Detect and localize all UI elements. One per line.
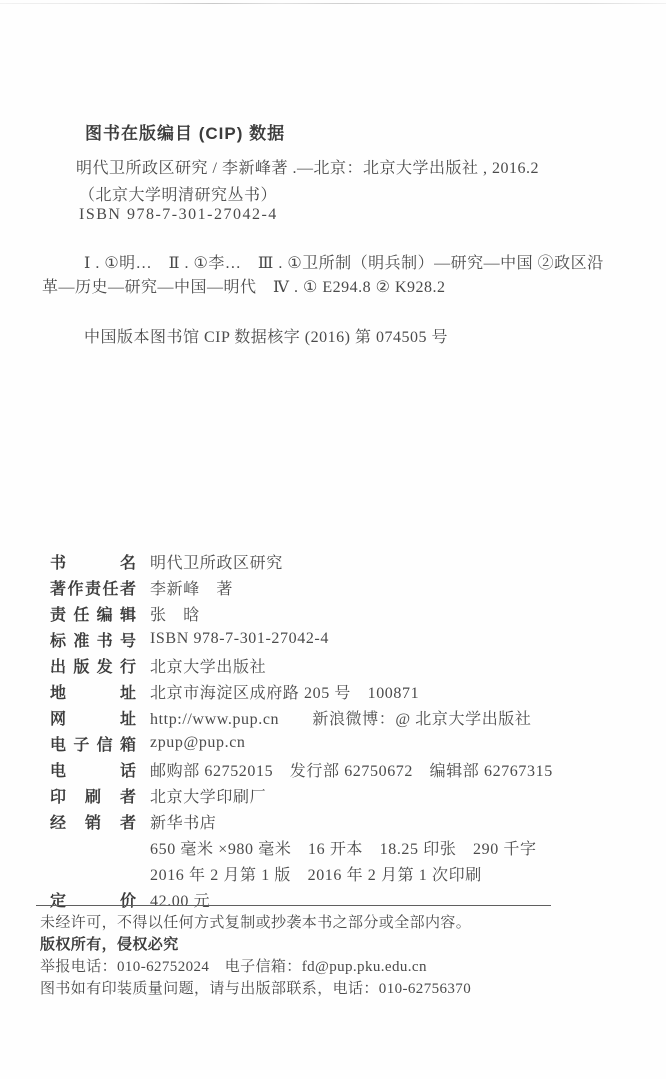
colophon-row-label: 著作责任者 xyxy=(50,576,136,599)
divider-rule xyxy=(36,905,551,906)
colophon-row-value: 明代卫所政区研究 xyxy=(150,550,283,573)
colophon-row-value: http://www.pup.cn 新浪微博：@ 北京大学出版社 xyxy=(150,706,532,729)
colophon-row-label: 地址 xyxy=(50,680,136,703)
colophon-row-author: 著作责任者 李新峰 著 xyxy=(0,574,666,600)
colophon-row-address: 地址 北京市海淀区成府路 205 号 100871 xyxy=(0,678,666,704)
colophon-row-isbn: 标准书号 ISBN 978-7-301-27042-4 xyxy=(0,626,666,652)
footer-quality-line: 图书如有印装质量问题，请与出版部联系，电话：010-62756370 xyxy=(40,978,640,1000)
colophon-row-editor: 责任编辑 张 晗 xyxy=(0,600,666,626)
colophon-row-publisher: 出版发行 北京大学出版社 xyxy=(0,652,666,678)
colophon-row-value: 北京大学出版社 xyxy=(150,654,266,677)
colophon-row-value: 2016 年 2 月第 1 版 2016 年 2 月第 1 次印刷 xyxy=(150,862,482,885)
colophon-row-value: 650 毫米 ×980 毫米 16 开本 18.25 印张 290 千字 xyxy=(150,836,537,859)
colophon-row-price: 定价 42.00 元 xyxy=(0,886,666,912)
cip-record-line: 中国版本图书馆 CIP 数据核字 (2016) 第 074505 号 xyxy=(84,324,448,347)
cip-header: 图书在版编目 (CIP) 数据 xyxy=(85,119,285,144)
colophon-row-value: 李新峰 著 xyxy=(150,576,233,599)
colophon-row-website: 网址 http://www.pup.cn 新浪微博：@ 北京大学出版社 xyxy=(0,704,666,730)
colophon-row-label: 网址 xyxy=(50,706,136,729)
colophon-row-value: 42.00 元 xyxy=(150,888,210,911)
colophon-row-label: 责任编辑 xyxy=(50,602,136,625)
colophon-row-book-title: 书名 明代卫所政区研究 xyxy=(0,548,666,574)
cip-isbn-line: ISBN 978-7-301-27042-4 xyxy=(79,206,278,224)
colophon-row-label: 书名 xyxy=(50,550,136,573)
footer-report-line: 举报电话：010-62752024 电子信箱：fd@pup.pku.edu.cn xyxy=(40,956,640,978)
copyright-page: 图书在版编目 (CIP) 数据 明代卫所政区研究 / 李新峰著 .—北京：北京大… xyxy=(0,0,666,1079)
colophon-row-printer: 印刷者 北京大学印刷厂 xyxy=(0,782,666,808)
colophon-row-label: 标准书号 xyxy=(50,628,136,651)
colophon-row-label: 印刷者 xyxy=(50,784,136,807)
colophon-row-label: 出版发行 xyxy=(50,654,136,677)
colophon-row-label: 定价 xyxy=(50,888,136,911)
colophon-row-value: ISBN 978-7-301-27042-4 xyxy=(150,630,329,648)
colophon-row-value: 北京大学印刷厂 xyxy=(150,784,266,807)
scan-edge-artifact xyxy=(0,3,666,4)
colophon-table: 书名 明代卫所政区研究 著作责任者 李新峰 著 责任编辑 张 晗 标准书号 IS… xyxy=(0,548,666,912)
cip-classification-line-2: 革—历史—研究—中国—明代 Ⅳ . ① E294.8 ② K928.2 xyxy=(42,274,446,297)
colophon-row-format: 650 毫米 ×980 毫米 16 开本 18.25 印张 290 千字 xyxy=(0,834,666,860)
footer-notice: 未经许可，不得以任何方式复制或抄袭本书之部分或全部内容。 xyxy=(40,912,640,934)
cip-series-line: （北京大学明清研究丛书） xyxy=(79,182,277,205)
colophon-row-phone: 电话 邮购部 62752015 发行部 62750672 编辑部 6276731… xyxy=(0,756,666,782)
colophon-row-label: 经销者 xyxy=(50,810,136,833)
colophon-row-edition: 2016 年 2 月第 1 版 2016 年 2 月第 1 次印刷 xyxy=(0,860,666,886)
colophon-row-value: 新华书店 xyxy=(150,810,216,833)
cip-classification-line-1: Ⅰ . ①明… Ⅱ . ①李… Ⅲ . ①卫所制（明兵制）—研究—中国 ②政区沿 xyxy=(84,250,604,273)
colophon-row-value: 张 晗 xyxy=(150,602,200,625)
footer-notices: 未经许可，不得以任何方式复制或抄袭本书之部分或全部内容。 版权所有，侵权必究 举… xyxy=(40,912,640,1000)
colophon-row-value: 邮购部 62752015 发行部 62750672 编辑部 62767315 xyxy=(150,758,553,781)
colophon-row-email: 电子信箱 zpup@pup.cn xyxy=(0,730,666,756)
colophon-row-label: 电子信箱 xyxy=(50,732,136,755)
colophon-row-value: zpup@pup.cn xyxy=(150,734,246,752)
footer-copyright: 版权所有，侵权必究 xyxy=(40,934,640,956)
cip-title-line: 明代卫所政区研究 / 李新峰著 .—北京：北京大学出版社 , 2016.2 xyxy=(76,155,539,178)
colophon-row-value: 北京市海淀区成府路 205 号 100871 xyxy=(150,680,419,703)
colophon-row-distributor: 经销者 新华书店 xyxy=(0,808,666,834)
colophon-row-label: 电话 xyxy=(50,758,136,781)
